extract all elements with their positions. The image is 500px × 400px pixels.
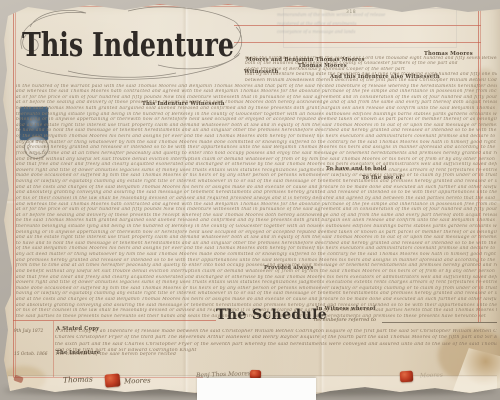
bold-phrase: To have and to hold [326, 167, 387, 173]
backing-mat-notch [197, 378, 316, 400]
ghost-text-line: registered at the office of enrolments [277, 21, 463, 27]
signature: Thomas [63, 374, 93, 384]
schedule-line: A Stated Copy of an Indenture of release… [55, 329, 497, 336]
bold-phrase: Witnesseth [244, 70, 278, 76]
document-title: This Indenture [22, 25, 234, 64]
bold-phrase: Provided always [264, 266, 314, 272]
ghost-text-line: memorandum of the within written deed of… [277, 12, 463, 18]
signature: Moores [124, 377, 151, 386]
wax-seal [104, 373, 120, 387]
scanned-indenture-document: 318 This Indenture The Schedule hereinbe… [0, 0, 500, 400]
endorsement-date: 9th July 1872 [14, 329, 54, 334]
bold-phrase: A Stated Copy [56, 327, 99, 333]
bold-phrase: And this Indenture also Witnesseth [330, 75, 440, 81]
bold-phrase: In Witness whereof [316, 307, 376, 313]
schedule-heading-suffix: hereinbefore referred to [314, 317, 376, 323]
ruling-line-top-2 [6, 6, 500, 7]
wax-seal [400, 371, 414, 383]
schedule-line: Charles Christopher Fryer of the third p… [55, 335, 497, 342]
schedule-line: the sixth part and the said Charles Chri… [55, 342, 497, 349]
bold-phrase: The Indenture [56, 351, 100, 357]
parchment: 318 This Indenture The Schedule hereinbe… [0, 0, 500, 400]
schedule-heading: The Schedule [216, 307, 327, 323]
ghost-text-line: conveyance of a messuage and lands [277, 29, 463, 35]
bold-phrase: This Indenture Witnesseth [142, 102, 225, 108]
signature: Moores [420, 372, 443, 380]
schedule-top-line [13, 320, 216, 321]
title-calligraphy: This Indenture [8, 5, 248, 83]
bold-phrase: Thomas Moores [298, 64, 347, 70]
bold-phrase: To the use of [362, 176, 402, 182]
ruling-line-top-1 [6, 4, 500, 5]
bold-phrase: Thomas Moores [424, 52, 473, 58]
schedule-heading-rule [382, 322, 497, 323]
endorsement-date: 15 Octob. 1866 [14, 352, 54, 357]
